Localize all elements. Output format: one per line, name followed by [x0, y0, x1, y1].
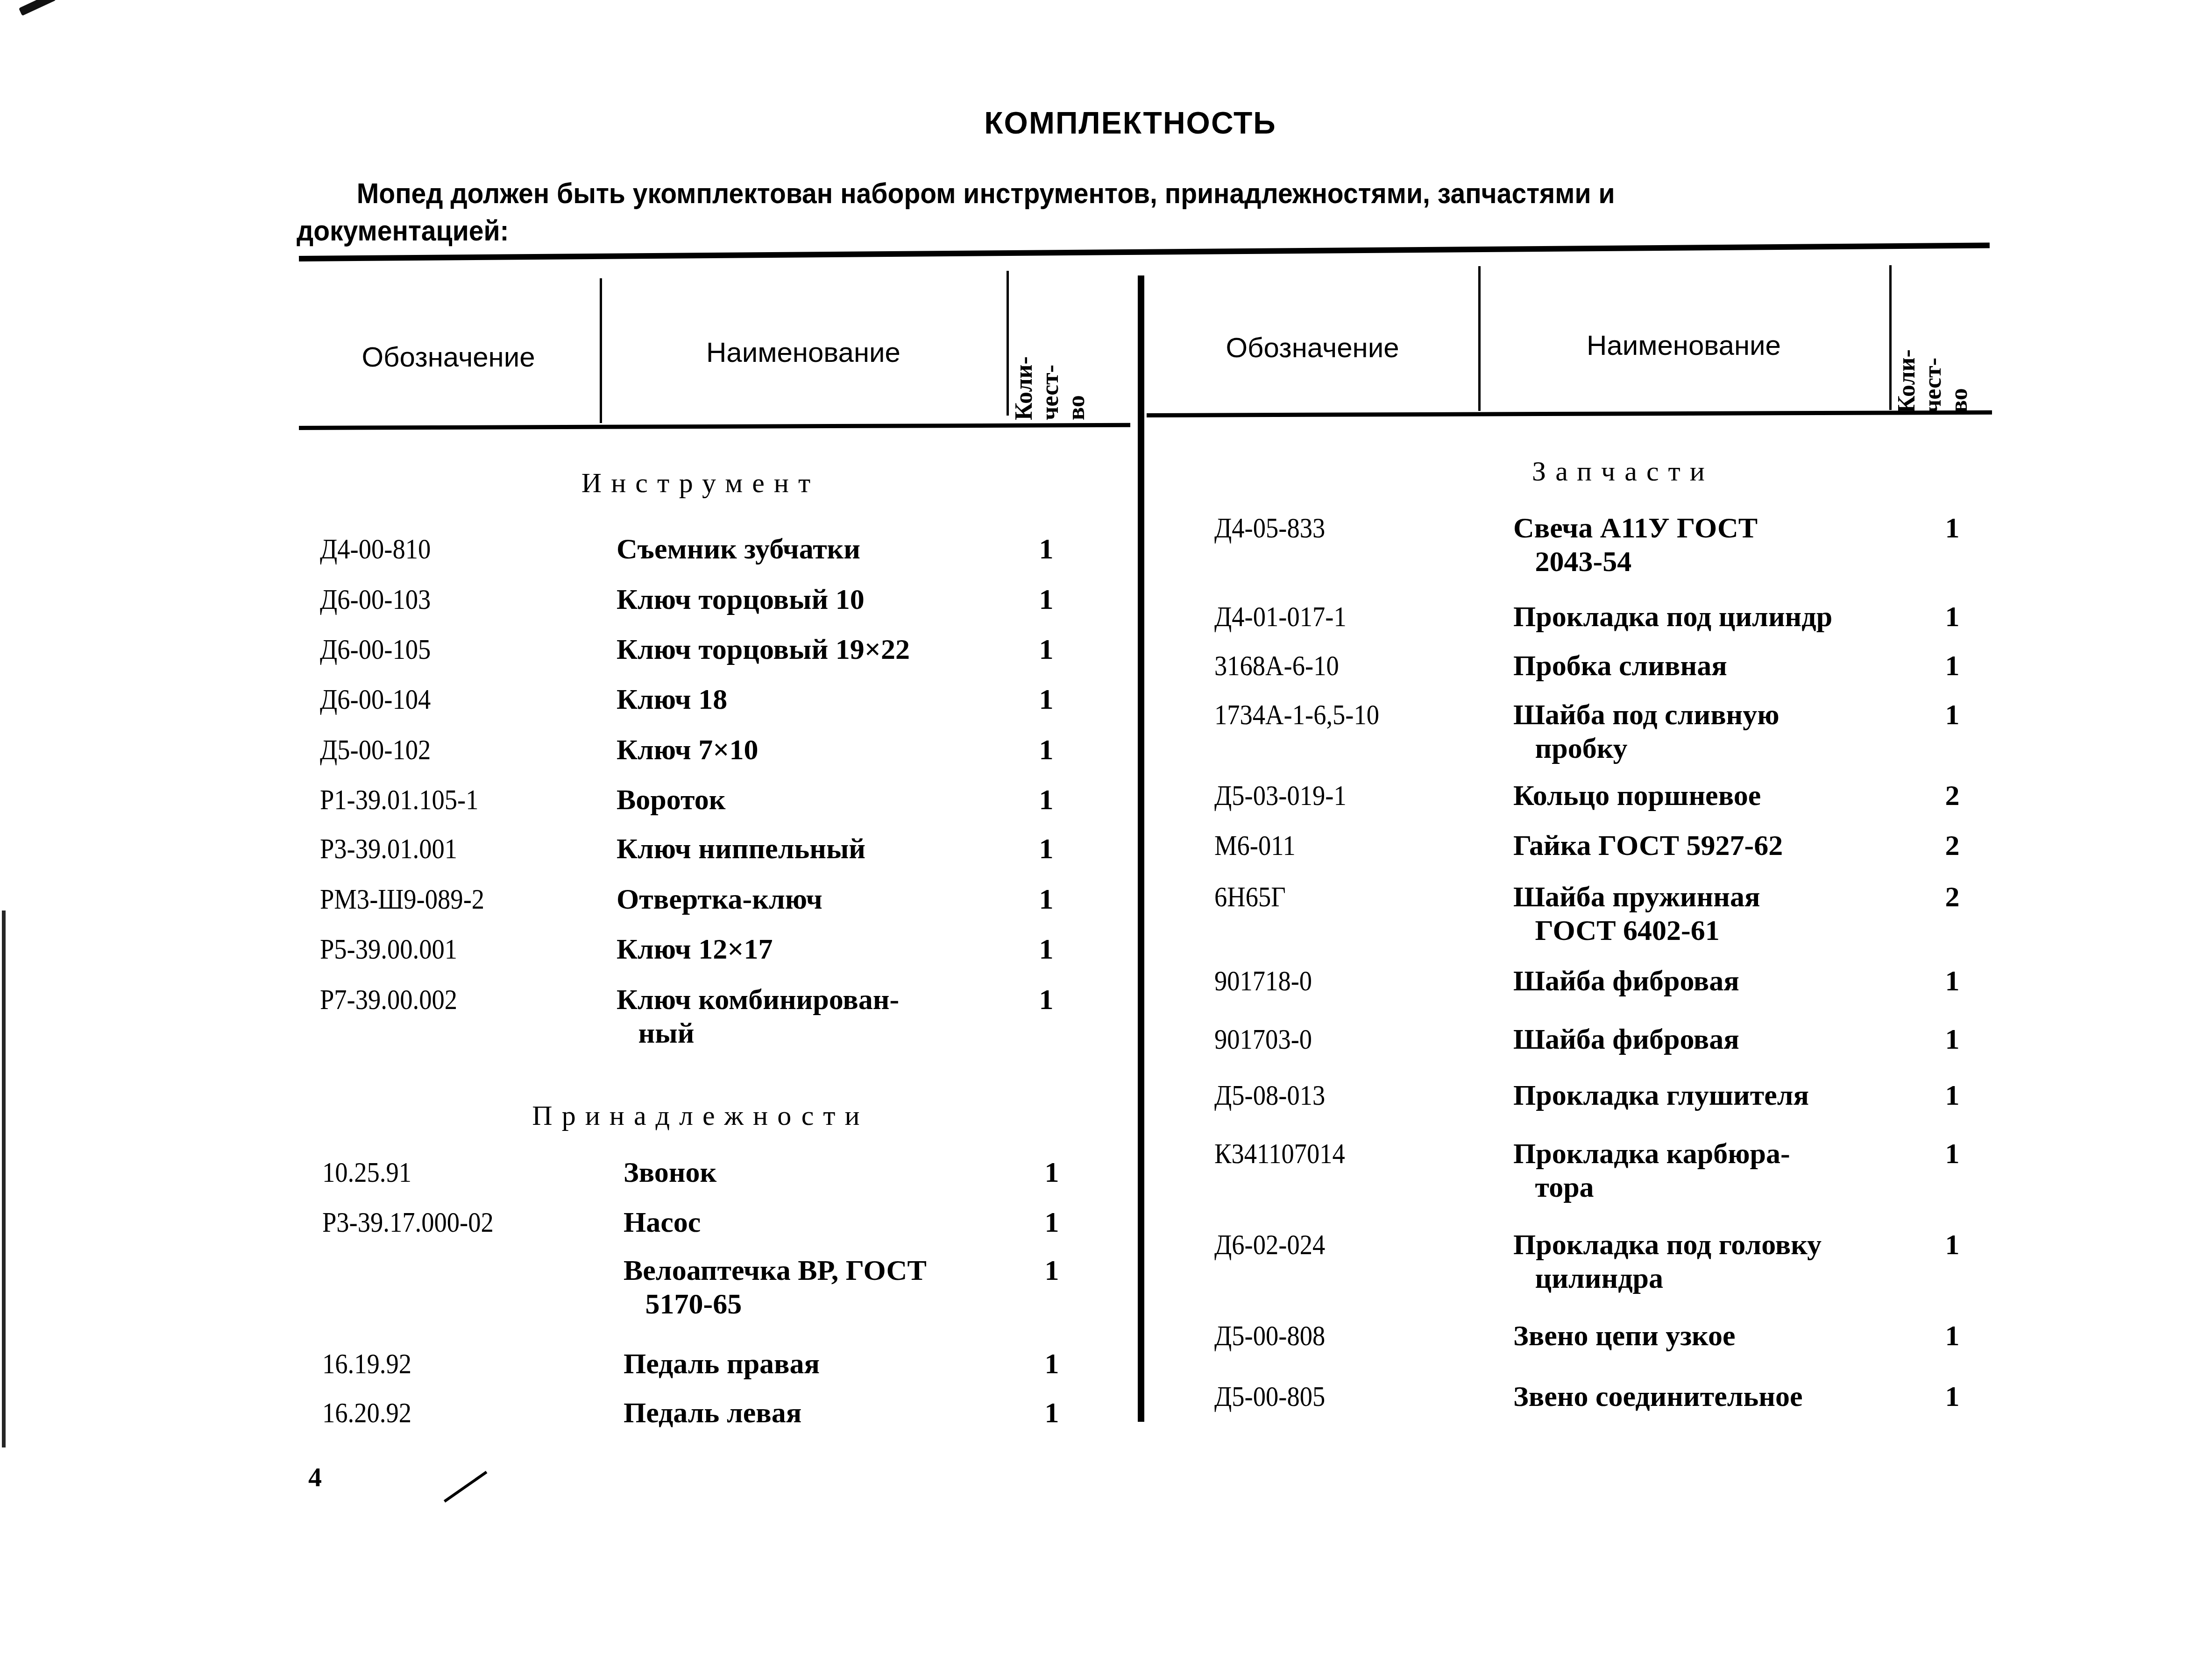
row-name: Кольцо поршневое: [1513, 779, 1761, 812]
scan-mark-bottom: [444, 1471, 488, 1503]
intro-paragraph: Мопед должен быть укомплектован набором …: [297, 175, 1766, 250]
row-quantity: 2: [1938, 880, 1966, 914]
row-name: Ключ 18: [617, 683, 727, 716]
row-name: Отвертка-ключ: [617, 882, 822, 916]
right-header-name: Наименование: [1481, 329, 1887, 361]
table-center-divider: [1138, 275, 1144, 1422]
left-header-divider-1: [600, 278, 602, 423]
row-designation: Д6-00-105: [320, 633, 431, 666]
row-name: Педаль правая: [624, 1347, 820, 1381]
row-designation: РМ3-Ш9-089-2: [320, 882, 484, 916]
row-quantity: 1: [1032, 532, 1060, 566]
row-designation: 901718-0: [1214, 964, 1312, 998]
row-quantity: 1: [1038, 1254, 1066, 1287]
row-name: Педаль левая: [624, 1396, 801, 1430]
row-designation: Д4-01-017-1: [1214, 600, 1347, 634]
row-designation: 10.25.91: [322, 1156, 411, 1189]
row-name: Шайба под сливную пробку: [1513, 698, 1780, 765]
row-name: Звонок: [624, 1156, 716, 1189]
row-designation: Д5-03-019-1: [1214, 779, 1347, 812]
row-designation: Р3-39.01.001: [320, 832, 457, 866]
row-name: Съемник зубчатки: [617, 532, 860, 566]
row-name: Ключ 7×10: [617, 733, 759, 767]
row-name: Шайба фибровая: [1513, 964, 1739, 998]
row-name: Ключ комбинирован- ный: [617, 983, 899, 1050]
row-name: Звено соединительное: [1513, 1380, 1803, 1413]
section-title-tools: Инструмент: [537, 467, 864, 499]
row-quantity: 1: [1038, 1347, 1066, 1381]
section-title-accessories: Принадлежности: [490, 1100, 911, 1132]
row-quantity: 1: [1938, 1079, 1966, 1112]
row-quantity: 1: [1938, 1137, 1966, 1171]
row-name: Звено цепи узкое: [1513, 1319, 1735, 1353]
left-header-bottom-rule: [299, 423, 1130, 430]
row-name: Ключ 12×17: [617, 932, 773, 966]
row-quantity: 1: [1032, 932, 1060, 966]
section-title-spare-parts: Запчасти: [1471, 455, 1775, 487]
row-quantity: 2: [1938, 829, 1966, 862]
row-designation: Д6-00-103: [320, 583, 431, 616]
right-header-divider-2: [1889, 265, 1892, 410]
row-designation: Д5-00-808: [1214, 1319, 1325, 1353]
row-designation: Р1-39.01.105-1: [320, 783, 478, 817]
row-name: Вороток: [617, 783, 725, 817]
row-quantity: 1: [1032, 683, 1060, 716]
row-quantity: 1: [1032, 733, 1060, 767]
scan-edge-left: [2, 911, 6, 1447]
row-name: Прокладка под головку цилиндра: [1513, 1228, 1822, 1295]
row-name: Ключ ниппельный: [617, 832, 865, 866]
row-name: Шайба пружинная ГОСТ 6402-61: [1513, 880, 1760, 947]
row-quantity: 1: [1938, 649, 1966, 683]
row-quantity: 1: [1938, 1228, 1966, 1262]
row-designation: Д5-08-013: [1214, 1079, 1325, 1112]
right-header-bottom-rule: [1147, 410, 1992, 417]
row-quantity: 1: [1938, 1380, 1966, 1413]
row-quantity: 1: [1938, 1319, 1966, 1353]
row-designation: Р5-39.00.001: [320, 932, 457, 966]
row-quantity: 1: [1938, 1023, 1966, 1056]
row-quantity: 1: [1032, 583, 1060, 616]
row-designation: 901703-0: [1214, 1023, 1312, 1056]
row-quantity: 1: [1032, 633, 1060, 666]
row-name: Прокладка под цилиндр: [1513, 600, 1832, 634]
row-designation: Д4-00-810: [320, 532, 431, 566]
left-header-name: Наименование: [603, 336, 1004, 368]
row-designation: 16.19.92: [322, 1347, 411, 1381]
row-designation: 1734А-1-6,5-10: [1214, 698, 1379, 732]
row-quantity: 1: [1938, 698, 1966, 732]
right-header-quantity: Коли- чест- во: [1894, 292, 1972, 413]
page-number: 4: [308, 1461, 322, 1493]
row-quantity: 1: [1032, 832, 1060, 866]
row-designation: 3168А-6-10: [1214, 649, 1339, 683]
row-designation: Д6-00-104: [320, 683, 431, 716]
row-name: Прокладка глушителя: [1513, 1079, 1809, 1112]
right-header-designation: Обозначение: [1149, 332, 1476, 364]
row-quantity: 1: [1038, 1396, 1066, 1430]
row-name: Прокладка карбюра- тора: [1513, 1137, 1790, 1204]
row-designation: 16.20.92: [322, 1396, 411, 1430]
row-quantity: 1: [1038, 1156, 1066, 1189]
row-quantity: 1: [1938, 511, 1966, 545]
left-header-divider-2: [1007, 271, 1009, 416]
row-quantity: 1: [1032, 783, 1060, 817]
left-header-quantity: Коли- чест- во: [1011, 299, 1090, 420]
row-designation: Д5-00-102: [320, 733, 431, 767]
row-designation: М6-011: [1214, 829, 1296, 862]
left-header-designation: Обозначение: [299, 341, 598, 373]
row-designation: К341107014: [1214, 1137, 1345, 1171]
row-designation: Д4-05-833: [1214, 511, 1325, 545]
row-designation: Д5-00-805: [1214, 1380, 1325, 1413]
row-quantity: 1: [1038, 1206, 1066, 1239]
row-name: Ключ торцовый 10: [617, 583, 865, 616]
row-name: Свеча А11У ГОСТ 2043-54: [1513, 511, 1758, 579]
page-title: КОМПЛЕКТНОСТЬ: [0, 105, 2212, 141]
row-name: Велоаптечка ВР, ГОСТ 5170-65: [624, 1254, 927, 1321]
row-name: Гайка ГОСТ 5927-62: [1513, 829, 1783, 862]
row-quantity: 1: [1032, 882, 1060, 916]
row-designation: Р7-39.00.002: [320, 983, 457, 1017]
row-designation: Д6-02-024: [1214, 1228, 1325, 1262]
scan-smudge-top-left: [19, 0, 56, 16]
row-name: Шайба фибровая: [1513, 1023, 1739, 1056]
row-name: Пробка сливная: [1513, 649, 1727, 683]
row-quantity: 1: [1938, 600, 1966, 634]
row-designation: Р3-39.17.000-02: [322, 1206, 494, 1239]
row-designation: 6Н65Г: [1214, 880, 1286, 914]
row-quantity: 1: [1938, 964, 1966, 998]
row-name: Насос: [624, 1206, 701, 1239]
row-quantity: 1: [1032, 983, 1060, 1017]
row-name: Ключ торцовый 19×22: [617, 633, 910, 666]
row-quantity: 2: [1938, 779, 1966, 812]
